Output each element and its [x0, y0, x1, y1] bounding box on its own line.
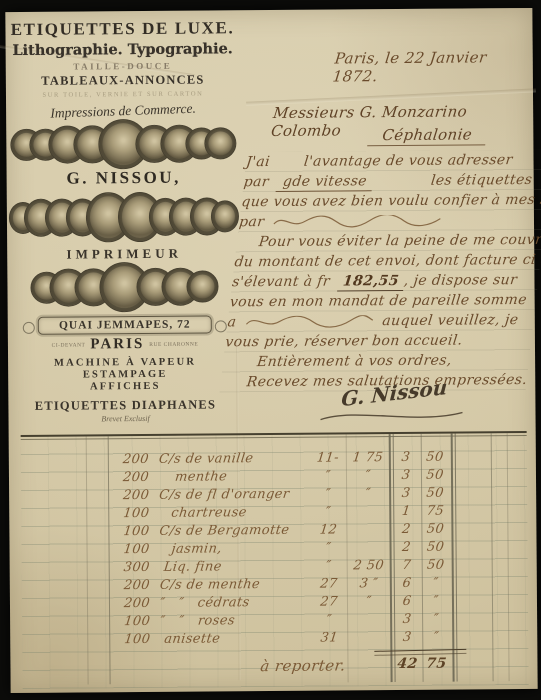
item-centimes: 50 [420, 450, 450, 465]
item-col1: 27 [309, 594, 349, 609]
letter-line: J'ail'avantage de vous adresser [245, 150, 541, 172]
letter-text: Entièrement à vos ordres, [256, 353, 453, 371]
item-qty: 200 [123, 596, 151, 611]
item-desc: 200″ ″ cédrats [123, 595, 335, 612]
dateline: Paris, le 22 Janvier 1872. [332, 48, 536, 86]
letter-text: s'élevant à fr [231, 274, 331, 291]
item-price: 1 75 [346, 450, 390, 465]
item-qty: 200 [122, 452, 150, 467]
item-name: Liq. fine [163, 559, 223, 574]
document-paper: ETIQUETTES DE LUXE. Lithographie. Typogr… [5, 8, 537, 693]
item-price: ″ [347, 594, 391, 609]
letter-line: Entièrement à vos ordres, [222, 350, 530, 372]
item-col1: ″ [309, 558, 349, 573]
item-francs: 3 [393, 612, 421, 627]
medallion-icon [204, 127, 236, 159]
total-francs: 42 [394, 656, 422, 672]
item-col1: 27 [309, 576, 349, 591]
medallion-icon [210, 200, 239, 232]
letter-body: J'ail'avantage de vous adresser pargde v… [220, 150, 541, 393]
item-qty: 100 [123, 524, 151, 539]
item-price: ″ [346, 486, 390, 501]
letter-text: J'ai [245, 154, 271, 170]
city-left-label: CI-DEVANT [52, 342, 86, 348]
item-qty: 100 [123, 614, 151, 629]
item-desc: 100C/s de Bergamotte [123, 523, 335, 540]
city: PARIS [90, 336, 144, 353]
address-banner: QUAI JEMMAPES, 72 [38, 315, 212, 334]
service-affiches: AFFICHES [10, 380, 240, 393]
signature-flourish-icon [316, 404, 466, 425]
printer-role: IMPRIMEUR [9, 245, 239, 263]
item-name: chartreuse [170, 505, 247, 521]
item-name: menthe [174, 469, 228, 484]
letterhead: ETIQUETTES DE LUXE. Lithographie. Typogr… [7, 18, 240, 424]
medallion-row-icon [9, 265, 239, 309]
item-qty: 200 [122, 488, 150, 503]
letter-line: Pour vous éviter la peine de me couvrir [236, 230, 541, 252]
letter-text: l'avantage de vous adresser [303, 152, 514, 170]
carry-forward-label: à reporter. [259, 656, 401, 675]
item-col1: ″ [308, 468, 348, 483]
item-francs: 6 [393, 576, 421, 591]
city-line: CI-DEVANT PARIS RUE CHARONNE [10, 335, 240, 354]
item-centimes: ″ [421, 630, 451, 645]
ink-flourish-icon [244, 315, 375, 329]
ink-flourish-icon [272, 214, 443, 228]
total-centimes: 75 [422, 656, 452, 672]
letter-line: s'élevant à fr182,55, je dispose sur [231, 270, 539, 292]
item-centimes: 50 [420, 486, 450, 501]
letter-text: auquel veuillez, je [381, 312, 519, 329]
item-name: ″ ″ cédrats [159, 595, 250, 611]
letterhead-subtitle: Lithographie. Typographie. [8, 40, 238, 59]
item-desc: 200C/s de fl d'oranger [122, 487, 334, 504]
product-line: ETIQUETTES DIAPHANES [10, 397, 240, 414]
letter-text: , je dispose sur [403, 272, 518, 289]
item-qty: 200 [122, 470, 150, 485]
letter-text: du montant de cet envoi, dont facture ci… [234, 252, 541, 271]
item-desc: 100anisette [123, 631, 335, 648]
medallion-row-icon [8, 122, 238, 166]
item-francs: 2 [393, 522, 421, 537]
item-desc: 100″ ″ roses [123, 613, 335, 630]
item-centimes: ″ [421, 576, 451, 591]
item-francs: 3 [392, 468, 420, 483]
item-col1: 12 [309, 522, 349, 537]
medallion-row-icon [9, 191, 239, 243]
letter-line: par [238, 210, 541, 232]
item-francs: 1 [392, 504, 420, 519]
item-qty: 100 [123, 632, 151, 647]
item-name: anisette [163, 631, 221, 646]
letter-line: pargde vitesseles étiquettes [243, 170, 541, 192]
brevet-note: Brevet Exclusif [10, 413, 240, 424]
item-col1: 11- [308, 450, 348, 465]
item-col1: ″ [309, 612, 349, 627]
item-francs: 6 [393, 594, 421, 609]
city-right-label: RUE CHARONNE [149, 341, 198, 347]
underlined-term: gde vitesse [276, 173, 374, 192]
letter-text: vous prie, réserver bon accueil. [224, 332, 463, 350]
item-desc: 200C/s de menthe [123, 577, 335, 594]
invoice-amount: 182,55 [337, 273, 405, 292]
item-centimes: ″ [421, 594, 451, 609]
item-name: C/s de vanille [158, 451, 254, 467]
item-name: C/s de fl d'oranger [158, 487, 290, 503]
ledger-table: 200C/s de vanille 11- 1 75 3 50 200menth… [21, 431, 529, 689]
item-centimes: 50 [420, 468, 450, 483]
item-francs: 3 [392, 450, 420, 465]
item-name: C/s de menthe [159, 577, 261, 593]
letter-line: du montant de cet envoi, dont facture ci… [233, 250, 541, 272]
medallion-icon [186, 270, 218, 302]
letter-text: a [227, 314, 238, 330]
item-desc: 100jasmin, [123, 541, 335, 558]
letter-line: vous en mon mandat de pareille somme [229, 290, 537, 312]
item-francs: 3 [393, 630, 421, 645]
letter-text: les étiquettes [430, 172, 533, 189]
item-desc: 200menthe [122, 469, 334, 486]
letter-line: aauquel veuillez, je [226, 310, 534, 332]
item-qty: 300 [123, 560, 151, 575]
letter-text: vous en mon mandat de pareille somme [229, 292, 528, 310]
letterhead-faded-line: SUR TOILE, VERNIE ET SUR CARTON [8, 90, 238, 99]
item-col1: ″ [308, 504, 348, 519]
item-col1: 31 [309, 630, 349, 645]
item-desc: 100chartreuse [122, 505, 334, 522]
item-francs: 2 [393, 540, 421, 555]
letterhead-tableaux: TABLEAUX-ANNONCES [8, 72, 238, 89]
item-centimes: 50 [421, 540, 451, 555]
letterhead-taille-douce: TAILLE-DOUCE [8, 60, 238, 72]
item-col1: ″ [309, 540, 349, 555]
item-price: ″ [346, 468, 390, 483]
item-francs: 7 [393, 558, 421, 573]
service-estampage: ESTAMPAGE [10, 368, 240, 381]
item-desc: 300Liq. fine [123, 559, 335, 576]
letter-line: vous prie, réserver bon accueil. [224, 330, 532, 352]
letterhead-title: ETIQUETTES DE LUXE. [7, 18, 237, 40]
item-qty: 100 [123, 542, 151, 557]
letter-text: par [238, 214, 265, 230]
letter-text: par [243, 174, 270, 190]
recipient-place: Céphalonie [367, 125, 487, 146]
service-machine: MACHINE À VAPEUR [10, 356, 240, 369]
letter-text: Pour vous éviter la peine de me couvrir [258, 232, 541, 250]
item-name: C/s de Bergamotte [159, 523, 291, 539]
item-price: 2 50 [347, 558, 391, 573]
item-centimes: 50 [421, 522, 451, 537]
item-price: 3 ″ [347, 576, 391, 591]
item-centimes: ″ [421, 612, 451, 627]
item-centimes: 50 [421, 558, 451, 573]
letter-text: que vous avez bien voulu confier à mes s… [241, 192, 541, 211]
item-desc: 200C/s de vanille [122, 451, 334, 468]
item-qty: 200 [123, 578, 151, 593]
letter-line: que vous avez bien voulu confier à mes s… [240, 190, 541, 212]
item-centimes: 75 [420, 504, 450, 519]
item-col1: ″ [308, 486, 348, 501]
item-name: jasmin, [171, 541, 223, 556]
item-francs: 3 [392, 486, 420, 501]
item-name: ″ ″ roses [159, 613, 236, 629]
printer-name: G. NISSOU, [9, 167, 239, 189]
item-qty: 100 [122, 506, 150, 521]
